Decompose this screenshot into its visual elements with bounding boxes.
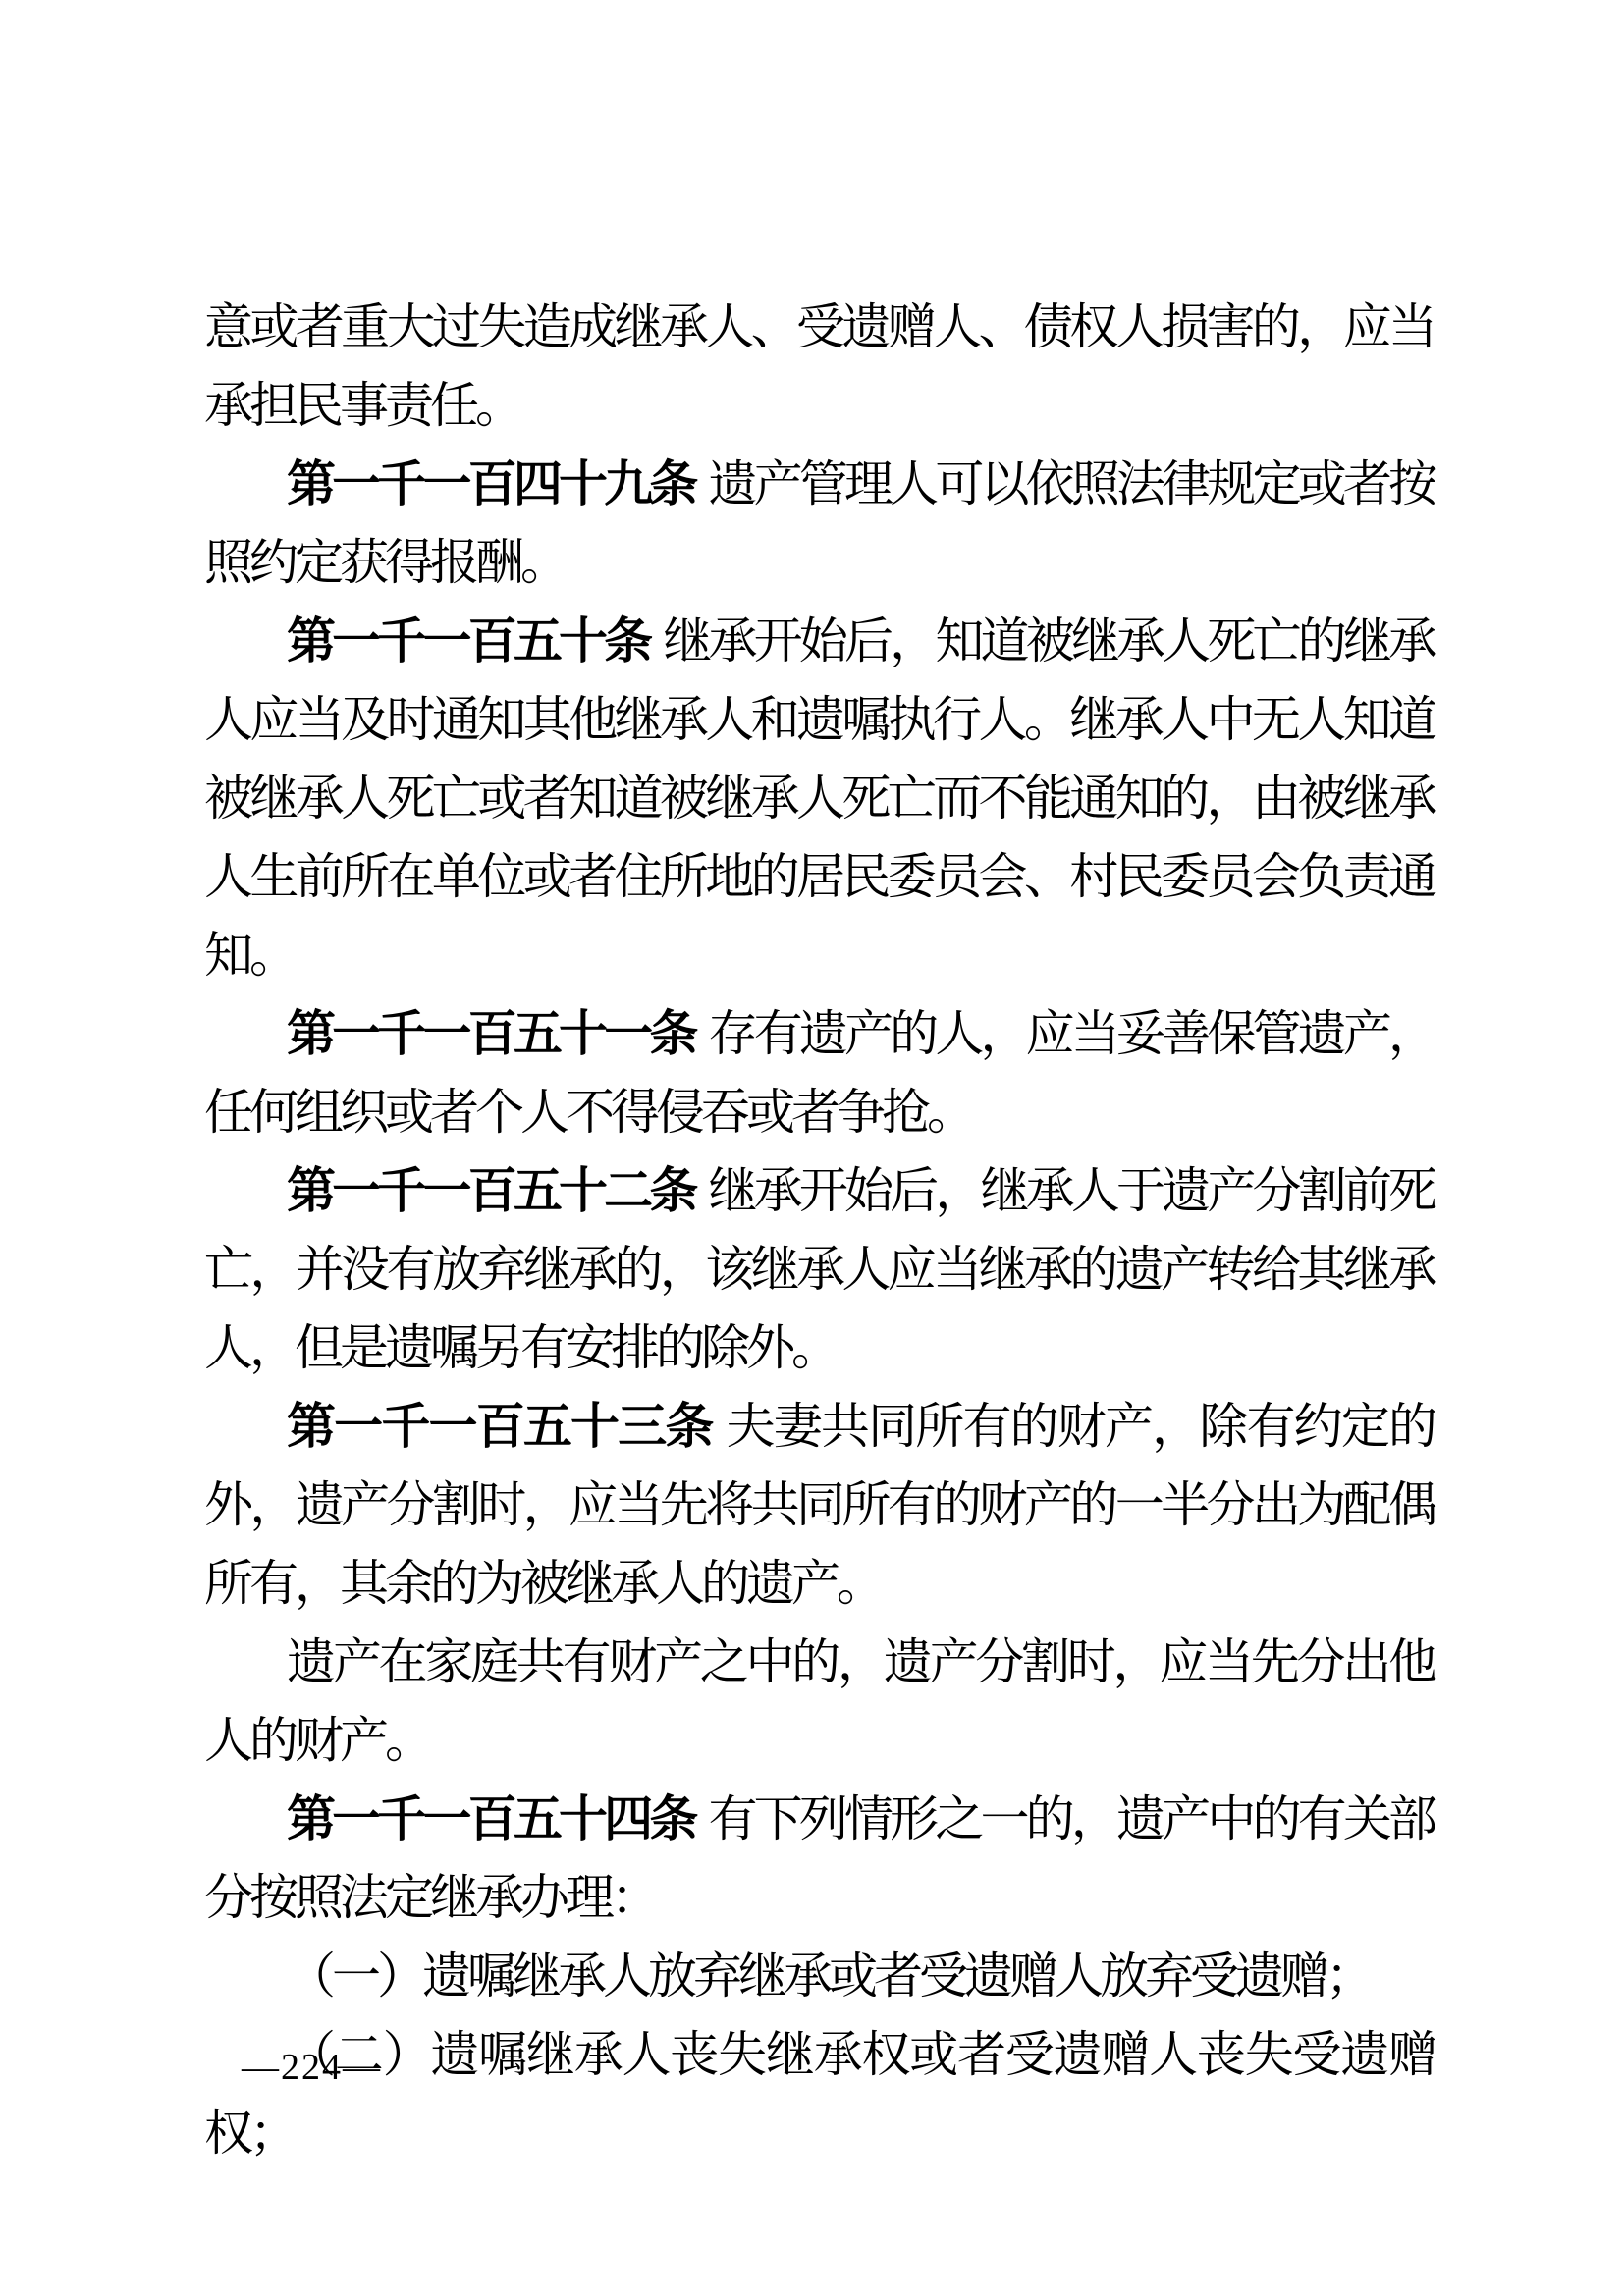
document-page: 意或者重大过失造成继承人、受遗赠人、债权人损害的，应当承担民事责任。 第一千一百… <box>0 0 1624 2296</box>
article-number: 第一千一百五十一条 <box>287 1006 695 1061</box>
legal-text-block: 意或者重大过失造成继承人、受遗赠人、债权人损害的，应当承担民事责任。 第一千一百… <box>204 288 1434 2172</box>
paragraph-article-1154: 第一千一百五十四条有下列情形之一的，遗产中的有关部分按照法定继承办理： <box>204 1780 1434 1937</box>
page-background: { "document": { "colors": { "background"… <box>0 0 1624 2296</box>
paragraph-article-1149: 第一千一百四十九条遗产管理人可以依照法律规定或者按照约定获得报酬。 <box>204 445 1434 602</box>
paragraph-text: （一）遗嘱继承人放弃继承或者受遗赠人放弃受遗赠； <box>287 1949 1371 2003</box>
article-number: 第一千一百五十三条 <box>287 1399 713 1454</box>
paragraph-text: 意或者重大过失造成继承人、受遗赠人、债权人损害的，应当承担民事责任。 <box>204 299 1434 433</box>
paragraph-article-1152: 第一千一百五十二条继承开始后，继承人于遗产分割前死亡，并没有放弃继承的，该继承人… <box>204 1151 1434 1387</box>
article-number: 第一千一百五十二条 <box>287 1163 695 1218</box>
paragraph-article-1150: 第一千一百五十条继承开始后，知道被继承人死亡的继承人应当及时通知其他继承人和遗嘱… <box>204 602 1434 994</box>
paragraph-article-1151: 第一千一百五十一条存有遗产的人，应当妥善保管遗产，任何组织或者个人不得侵吞或者争… <box>204 994 1434 1151</box>
article-number: 第一千一百五十条 <box>287 614 649 668</box>
article-number: 第一千一百五十四条 <box>287 1791 695 1846</box>
paragraph-article-1153: 第一千一百五十三条夫妻共同所有的财产，除有约定的外，遗产分割时，应当先将共同所有… <box>204 1387 1434 1623</box>
paragraph-item-2: （二）遗嘱继承人丧失继承权或者受遗赠人丧失受遗赠权； <box>204 2015 1434 2172</box>
article-number: 第一千一百四十九条 <box>287 456 695 511</box>
paragraph-text: （二）遗嘱继承人丧失继承权或者受遗赠人丧失受遗赠权； <box>204 2027 1434 2161</box>
paragraph-continuation: 意或者重大过失造成继承人、受遗赠人、债权人损害的，应当承担民事责任。 <box>204 288 1434 445</box>
paragraph-article-1153-clause-2: 遗产在家庭共有财产之中的，遗产分割时，应当先分出他人的财产。 <box>204 1623 1434 1780</box>
page-number: —224— <box>242 2044 382 2091</box>
paragraph-text: 继承开始后，知道被继承人死亡的继承人应当及时通知其他继承人和遗嘱执行人。继承人中… <box>204 614 1434 983</box>
paragraph-text: 遗产在家庭共有财产之中的，遗产分割时，应当先分出他人的财产。 <box>204 1634 1434 1768</box>
paragraph-item-1: （一）遗嘱继承人放弃继承或者受遗赠人放弃受遗赠； <box>204 1937 1434 2015</box>
